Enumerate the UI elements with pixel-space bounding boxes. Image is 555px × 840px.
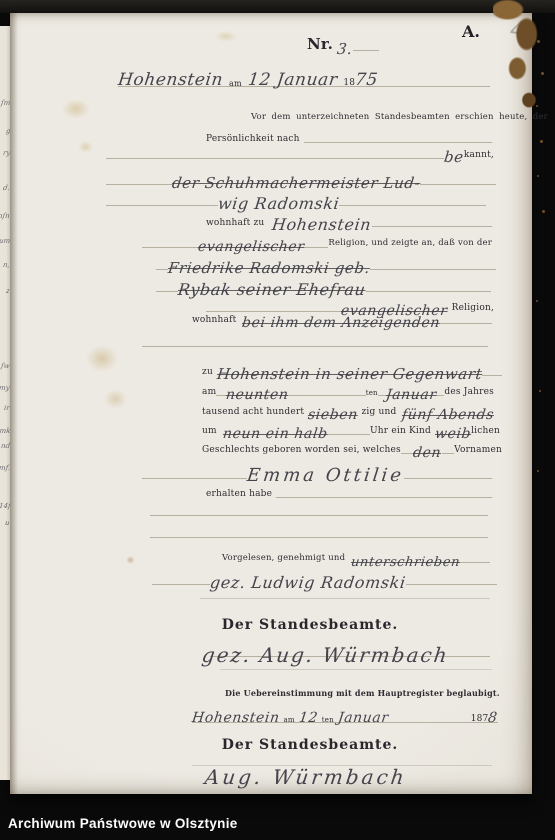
margin-writing-fragment: bmk [0,428,10,435]
attestation-date-row: Hohenstein am 12 ten Januar 187 8 [192,707,498,725]
birth-year-decade: sieben [307,408,359,422]
margin-writing-fragment: my [0,385,10,392]
ruled-line [220,669,492,670]
article-handwritten: den [413,446,443,460]
sex-suffix-label: lichen [471,426,500,436]
known-printed: kannt, [464,150,494,160]
attestation-day: 12 [298,711,319,725]
mother-line2-row: Rybak seiner Ehefrau [156,275,491,294]
am-label: am [229,79,242,88]
gutter-shadow [10,13,18,794]
edge-speckle [537,470,539,472]
margin-writing-fragment: ry [2,150,10,157]
mother-line1-row: Friedrike Radomski geb. [156,253,496,272]
margin-writing-fragment: mf. [0,465,10,472]
mother-line2: Rybak seiner Ehefrau [177,282,367,298]
tausend-label: tausend acht hundert [202,407,304,417]
margin-writing-fragment: d. [3,185,10,192]
archive-watermark: Archiwum Państwowe w Olsztynie [8,817,238,831]
ruled-line [142,346,488,347]
birth-place: Hohenstein in seiner Gegenwart [216,367,483,382]
vorgelesen-label: Vorgelesen, genehmigt und [222,554,345,564]
geschlechts-label: Geschlechts geboren worden sei, welches [202,445,401,455]
record-number-value: 3. [336,42,353,57]
mother-residence: bei ihm dem Anzeigenden [242,316,442,330]
erhalten-row: erhalten habe [206,487,492,500]
edge-speckle [539,390,541,392]
foxing-stain [78,141,93,153]
birth-sex-row: Geschlechts geboren worden sei, welches … [202,443,502,456]
margin-writing-fragment: 14ſ [0,503,10,510]
vornamen-label: Vornamen [454,445,502,455]
declarant-religion: evangelischer [197,240,305,254]
margin-writing-fragment: ſm [0,100,10,107]
margin-writing-fragment: n, [3,262,10,269]
ruled-line [150,537,488,538]
mother-line1: Friedrike Radomski geb. [167,261,371,276]
religion-printed: Religion, und zeigte an, daß von der [328,239,492,249]
attestation-year-hw: 8 [488,711,499,725]
mother-religion-printed: Religion, [452,303,494,313]
ruled-line [150,515,488,516]
attestation-place: Hohenstein [191,711,280,725]
margin-writing-fragment: nd [1,443,10,450]
birth-month: Januar [385,388,437,402]
am-label2: am [202,387,216,397]
declarant-line1: der Schuhmachermeister Lud- [171,176,421,191]
birth-time: neun ein halb [222,427,328,441]
ten-label2: ten [322,716,334,724]
foxing-stain [62,99,90,119]
known-handwritten: be [443,150,465,165]
edge-speckle [542,210,545,213]
registrar-signature-1: gez. Aug. Würmbach [201,645,450,665]
edge-speckle [537,40,540,43]
child-sex: weib [434,427,472,441]
record-date-row: Hohenstein am 12 Januar 18 75 [118,66,490,89]
margin-writing-fragment: nſn [0,213,10,220]
edge-speckle [536,105,538,107]
ruled-line [200,598,490,599]
year-handwritten: 75 [354,72,379,89]
foxing-stain [215,31,237,42]
personal-row: Persönlichkeit nach [206,132,492,145]
intro-line: Vor dem unterzeichneten Standesbeamten e… [251,113,501,123]
declarant-religion-row: evangelischer Religion, und zeigte an, d… [142,233,492,250]
zig-und-label: zig und [361,407,396,417]
edge-speckle [536,300,538,302]
declarant-line2: wig Radomski [217,196,340,212]
record-place: Hohenstein [117,72,224,89]
margin-writing-fragment: um [0,238,10,245]
foxing-stain [86,345,118,372]
birth-place-row: zu Hohenstein in seiner Gegenwart [202,360,502,378]
am-label3: am [284,716,295,724]
registrar-signature-2-row: Aug. Würmbach [205,751,485,781]
edge-speckle [541,72,544,75]
zu-label: zu [202,367,213,377]
wohnhaft-zu-label: wohnhaft zu [206,218,264,228]
registrar-signature-1-row: gez. Aug. Würmbach [202,631,502,659]
record-day-month: 12 Januar [247,72,339,89]
record-number-row: Nr. 3. [307,37,393,53]
ten-label: ten [366,389,378,397]
birth-year-units: fünf Abends [401,408,495,422]
known-row: be kannt, [106,147,494,161]
wohnhaft-label: wohnhaft [192,315,236,325]
form-letter-a: A. [462,22,480,41]
adjacent-page-edge: ſmgryd.nſnumn,zſwmyirbmkndmf.14ſu [0,26,10,780]
foxing-stain [104,389,127,409]
edge-speckle [537,175,539,177]
uhr-ein-kind-label: Uhr ein Kind [370,426,431,436]
personal-label: Persönlichkeit nach [206,134,300,144]
attestation-month: Januar [337,711,389,725]
declarant-line1-row: der Schuhmachermeister Lud- [106,167,496,187]
foxing-stain [126,556,135,564]
registrar-signature-2: Aug. Würmbach [204,767,408,787]
child-name: Emma Ottilie [246,467,405,485]
erhalten-habe-label: erhalten habe [206,489,272,499]
declarant-signature: gez. Ludwig Radomski [209,575,407,591]
birth-day: neunten [225,388,289,402]
attestation-year-printed: 187 [471,714,489,724]
attestation-line: Die Uebereinstimmung mit dem Hauptregist… [225,689,500,698]
closing-row: Vorgelesen, genehmigt und unterschrieben [222,548,490,565]
um-label: um [202,426,217,436]
birth-day-row: am neunten ten Januar des Jahres [202,382,494,398]
register-page: A. 4 Nr. 3. Hohenstein am 12 Januar 18 7… [10,13,532,794]
margin-writing-fragment: ſw [1,363,10,370]
des-jahres-label: des Jahres [444,387,494,397]
torn-binding-corner [493,0,551,122]
binding-edge [0,0,555,13]
closing-handwritten: unterschrieben [350,556,461,569]
declarant-residence: Hohenstein [271,217,372,233]
edge-speckle [540,140,543,143]
birth-year-row: tausend acht hundert sieben zig und fünf… [202,402,494,418]
nr-label: Nr. [307,36,333,53]
archival-photo: A. 4 Nr. 3. Hohenstein am 12 Januar 18 7… [0,0,555,840]
